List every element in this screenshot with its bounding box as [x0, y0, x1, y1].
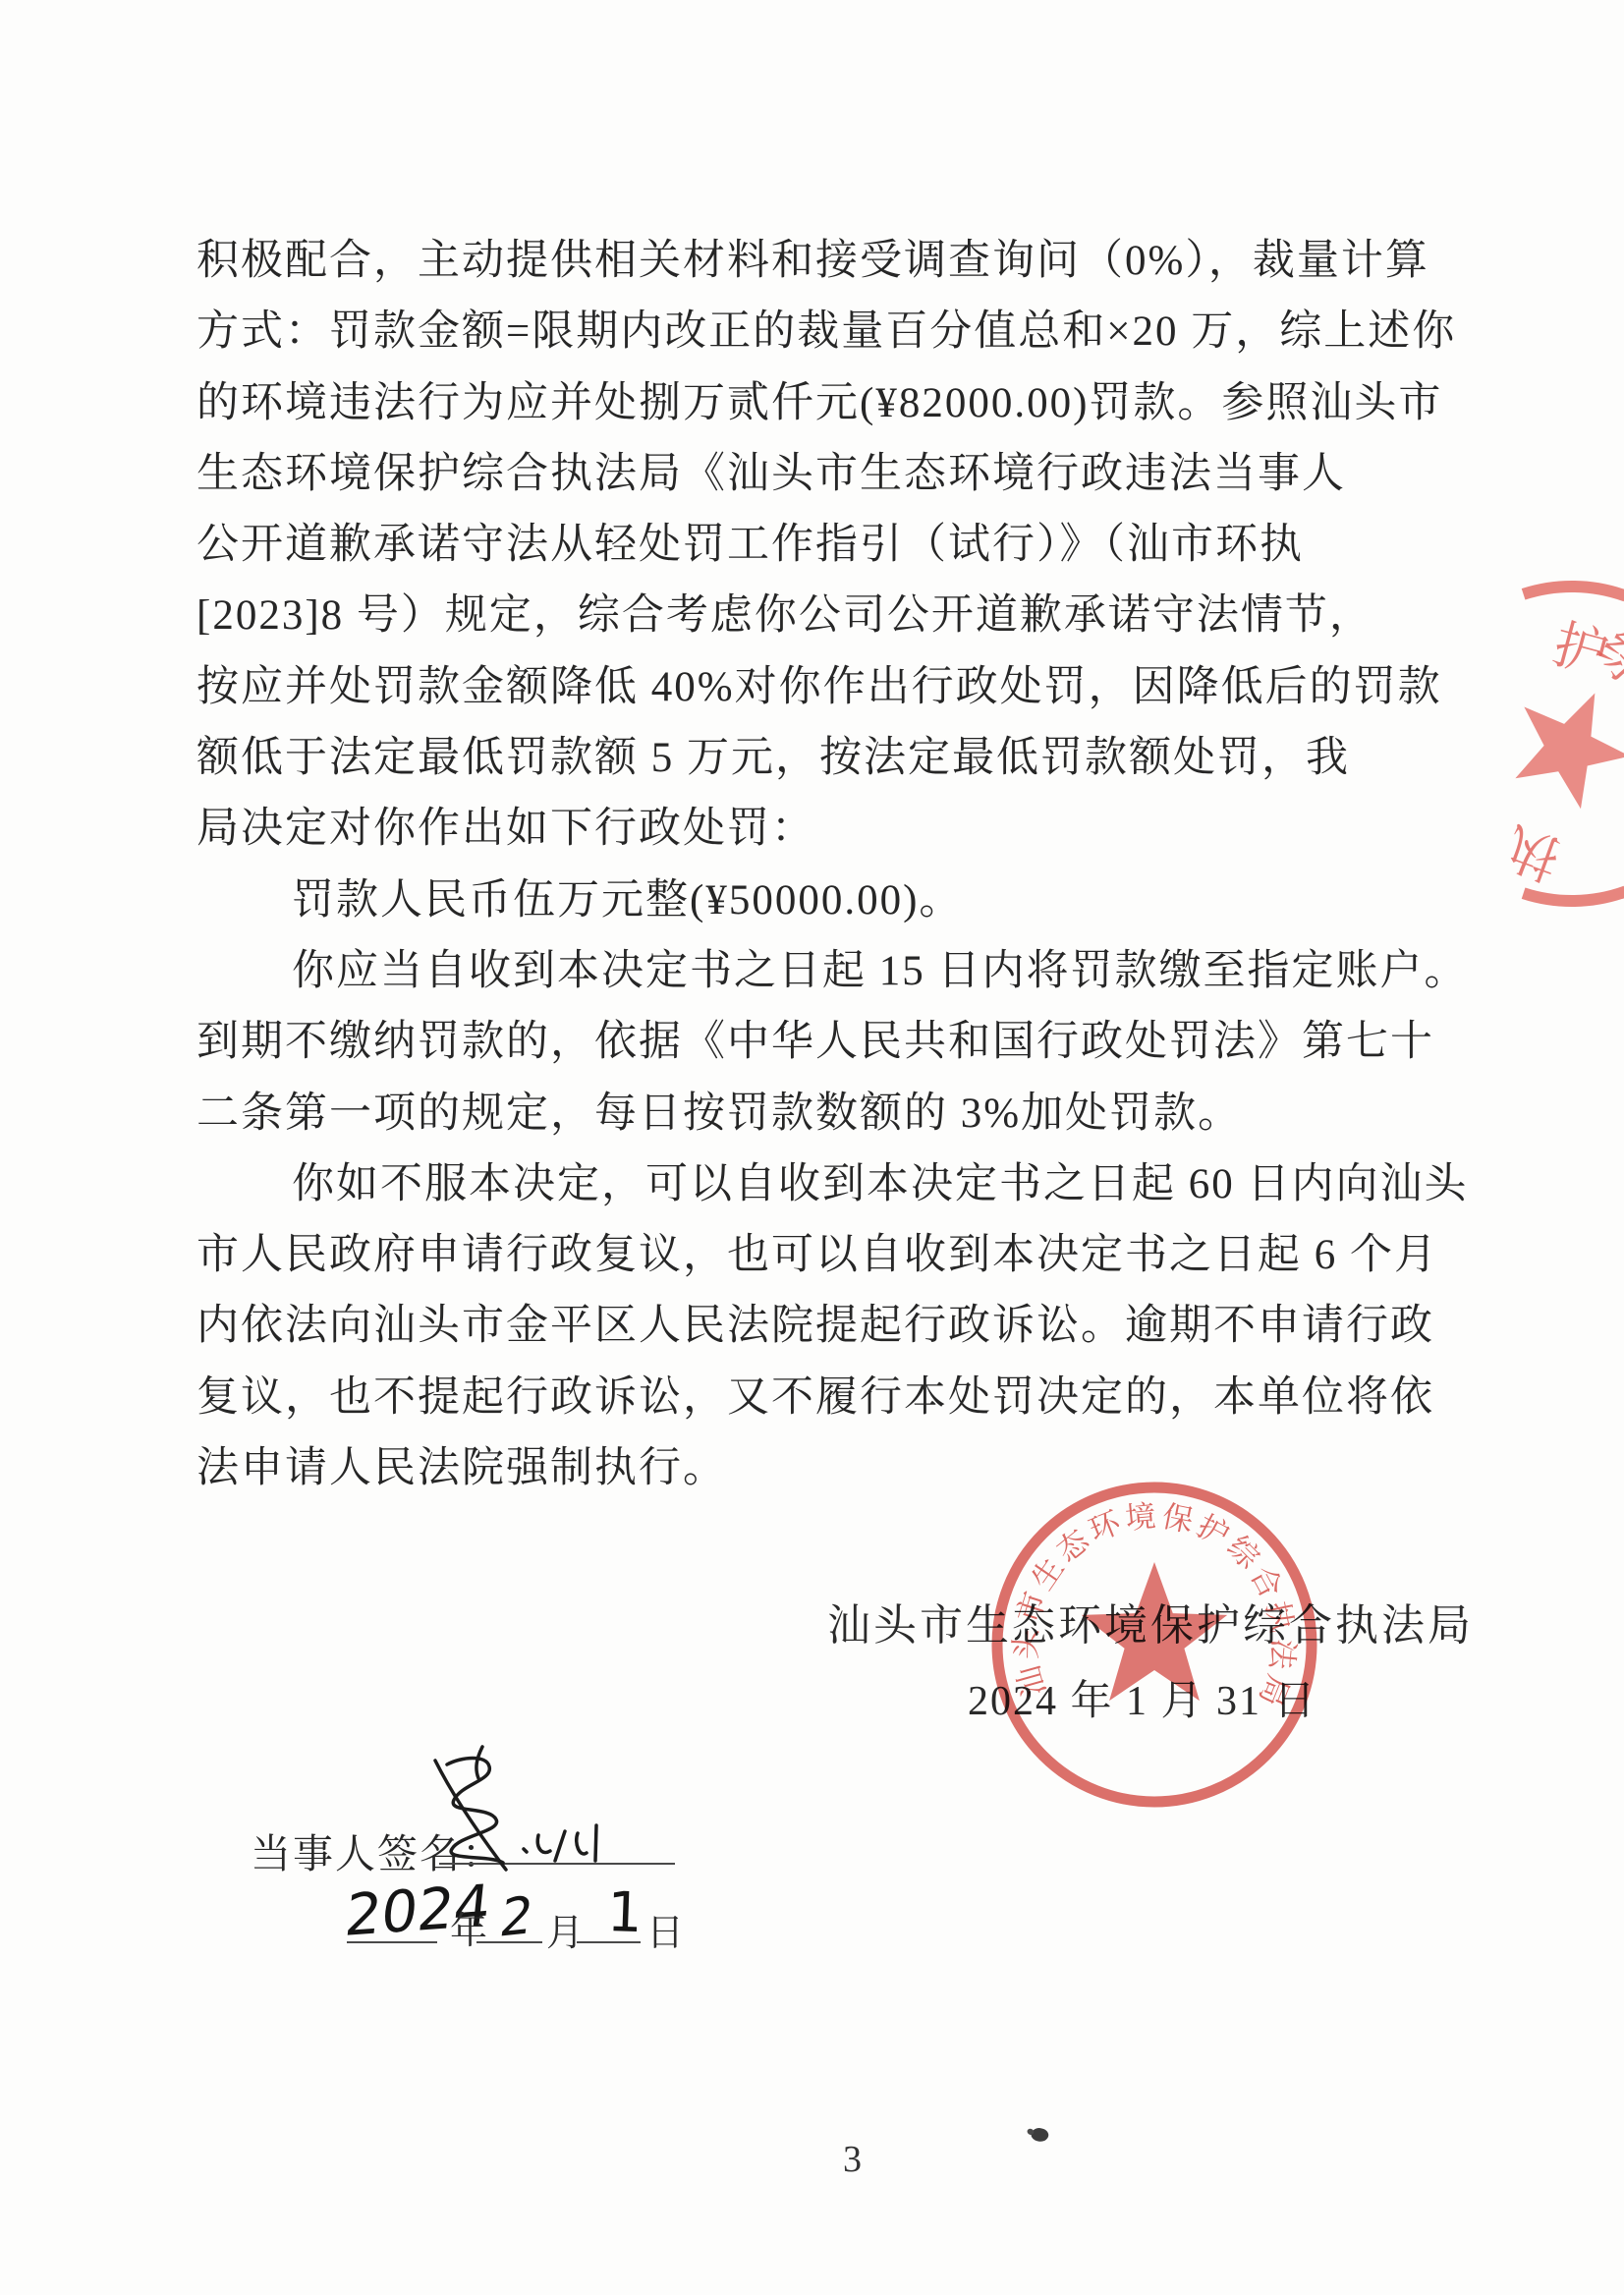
body-line: 方式：罚款金额=限期内改正的裁量百分值总和×20 万，综上述你 — [196, 297, 1464, 367]
day-underline — [577, 1941, 641, 1943]
body-line: 你应当自收到本决定书之日起 15 日内将罚款缴至指定账户。 — [196, 936, 1464, 1007]
day-label: 日 — [646, 1902, 684, 1956]
year-label: 年 — [450, 1900, 487, 1954]
partial-seal-top-arc — [1524, 587, 1624, 596]
handwritten-month: 2 — [496, 1885, 537, 1949]
body-line: 额低于法定最低罚款额 5 万元，按法定最低罚款额处罚，我 — [196, 723, 1464, 794]
partial-seal-star-icon — [1495, 668, 1624, 817]
body-line: 的环境违法行为应并处捌万贰仟元(¥82000.00)罚款。参照汕头市 — [196, 368, 1464, 439]
handwritten-signature — [418, 1739, 624, 1876]
page-number: 3 — [843, 2138, 862, 2181]
partial-seal-bottom-arc — [1524, 891, 1624, 901]
body-line: 内依法向汕头市金平区人民法院提起行政诉讼。逾期不申请行政 — [196, 1291, 1464, 1362]
month-underline — [476, 1941, 542, 1943]
body-line: 公开道歉承诺守法从轻处罚工作指引（试行）》（汕市环执 — [196, 510, 1464, 581]
body-line: 复议，也不提起行政诉讼，又不履行本处罚决定的，本单位将依 — [196, 1363, 1464, 1433]
month-label: 月 — [546, 1902, 584, 1956]
year-underline — [347, 1941, 437, 1943]
body-line-penalty-amount: 罚款人民币伍万元整(¥50000.00)。 — [196, 866, 1464, 936]
seal-star-icon — [1082, 1562, 1227, 1701]
body-line: 市人民政府申请行政复议，也可以自收到本决定书之日起 6 个月 — [196, 1220, 1464, 1291]
ink-speck — [1030, 2125, 1050, 2145]
body-line: 生态环境保护综合执法局《汕头市生态环境行政违法当事人 — [196, 439, 1464, 510]
body-line: [2023]8 号）规定，综合考虑你公司公开道歉承诺守法情节， — [196, 581, 1464, 651]
handwritten-day: 1 — [606, 1880, 644, 1945]
body-line: 局决定对你作出如下行政处罚： — [196, 794, 1464, 865]
body-line: 积极配合，主动提供相关材料和接受调查询问（0%），裁量计算 — [196, 226, 1464, 297]
document-page: 积极配合，主动提供相关材料和接受调查询问（0%），裁量计算 方式：罚款金额=限期… — [0, 0, 1624, 2295]
body-line: 你如不服本决定，可以自收到本决定书之日起 60 日内向汕头 — [196, 1149, 1464, 1220]
official-seal: 汕头市生态环境保护综合执法局 — [987, 1470, 1331, 1823]
partial-seal: 护 综 执 — [1474, 550, 1624, 943]
partial-seal-char: 执 — [1498, 815, 1568, 889]
body-line: 到期不缴纳罚款的，依据《中华人民共和国行政处罚法》第七十 — [196, 1007, 1464, 1078]
body-line: 按应并处罚款金额降低 40%对你作出行政处罚，因降低后的罚款 — [196, 652, 1464, 723]
body-text: 积极配合，主动提供相关材料和接受调查询问（0%），裁量计算 方式：罚款金额=限期… — [196, 226, 1464, 1504]
body-line: 二条第一项的规定，每日按罚款数额的 3%加处罚款。 — [196, 1079, 1464, 1149]
